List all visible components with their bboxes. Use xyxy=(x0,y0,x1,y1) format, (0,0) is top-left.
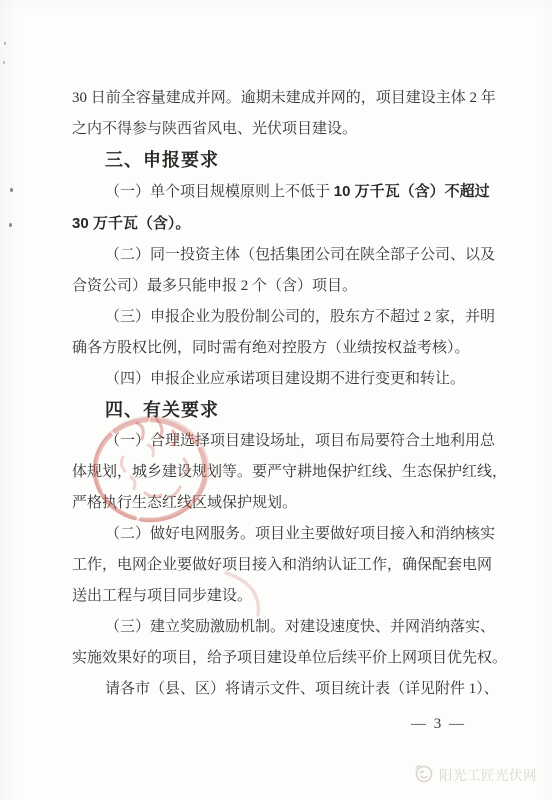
text-line: 合资公司）最多只能申报 2 个（含）项目。 xyxy=(72,271,496,302)
section-heading: 三、申报要求 xyxy=(72,145,496,176)
text-line: （一）合理选择项目建设场址，项目布局要符合土地利用总 xyxy=(72,426,496,457)
text-line: （二）做好电网服务。项目业主要做好项目接入和消纳核实 xyxy=(72,519,496,550)
scan-speck xyxy=(4,42,6,45)
text-line: 30 万千瓦（含）。 xyxy=(72,208,496,240)
watermark: 阳光工匠光伏网 xyxy=(413,763,537,785)
sun-face-logo-icon xyxy=(413,763,435,785)
page-number: — 3 — xyxy=(411,716,466,733)
scan-speck xyxy=(3,61,5,64)
text-line: （二）同一投资主体（包括集团公司在陕全部子公司、以及 xyxy=(72,240,496,271)
watermark-text: 阳光工匠光伏网 xyxy=(439,764,537,784)
scan-speck xyxy=(9,223,12,227)
scan-speck xyxy=(10,188,13,192)
text-line: （三）申报企业为股份制公司的，股东方不超过 2 家，并明 xyxy=(72,302,496,333)
section-heading: 四、有关要求 xyxy=(72,395,496,426)
text-line: 之内不得参与陕西省风电、光伏项目建设。 xyxy=(72,114,496,145)
text-line: 确各方股权比例，同时需有绝对控股方（业绩按权益考核）。 xyxy=(72,333,496,364)
text-line: 实施效果好的项目，给予项目建设单位后续平价上网项目优先权。 xyxy=(72,643,496,674)
document-lines: 30 日前全容量建成并网。逾期未建成并网的，项目建设主体 2 年之内不得参与陕西… xyxy=(72,83,496,705)
document-page: 30 日前全容量建成并网。逾期未建成并网的，项目建设主体 2 年之内不得参与陕西… xyxy=(0,0,552,800)
text-line: （一）单个项目规模原则上不低于 10 万千瓦（含）不超过 xyxy=(72,176,496,208)
text-line: 严格执行生态红线区域保护规划。 xyxy=(72,488,496,519)
text-line: 请各市（县、区）将请示文件、项目统计表（详见附件 1）、 xyxy=(72,674,496,705)
text-line: 工作，电网企业要做好项目接入和消纳认证工作，确保配套电网 xyxy=(72,550,496,581)
text-line: （四）申报企业应承诺项目建设期不进行变更和转让。 xyxy=(72,364,496,395)
text-line: 送出工程与项目同步建设。 xyxy=(72,581,496,612)
text-line: （三）建立奖励激励机制。对建设速度快、并网消纳落实、 xyxy=(72,612,496,643)
text-line: 体规划，城乡建设规划等。要严守耕地保护红线、生态保护红线， xyxy=(72,457,496,488)
text-line: 30 日前全容量建成并网。逾期未建成并网的，项目建设主体 2 年 xyxy=(72,83,496,114)
